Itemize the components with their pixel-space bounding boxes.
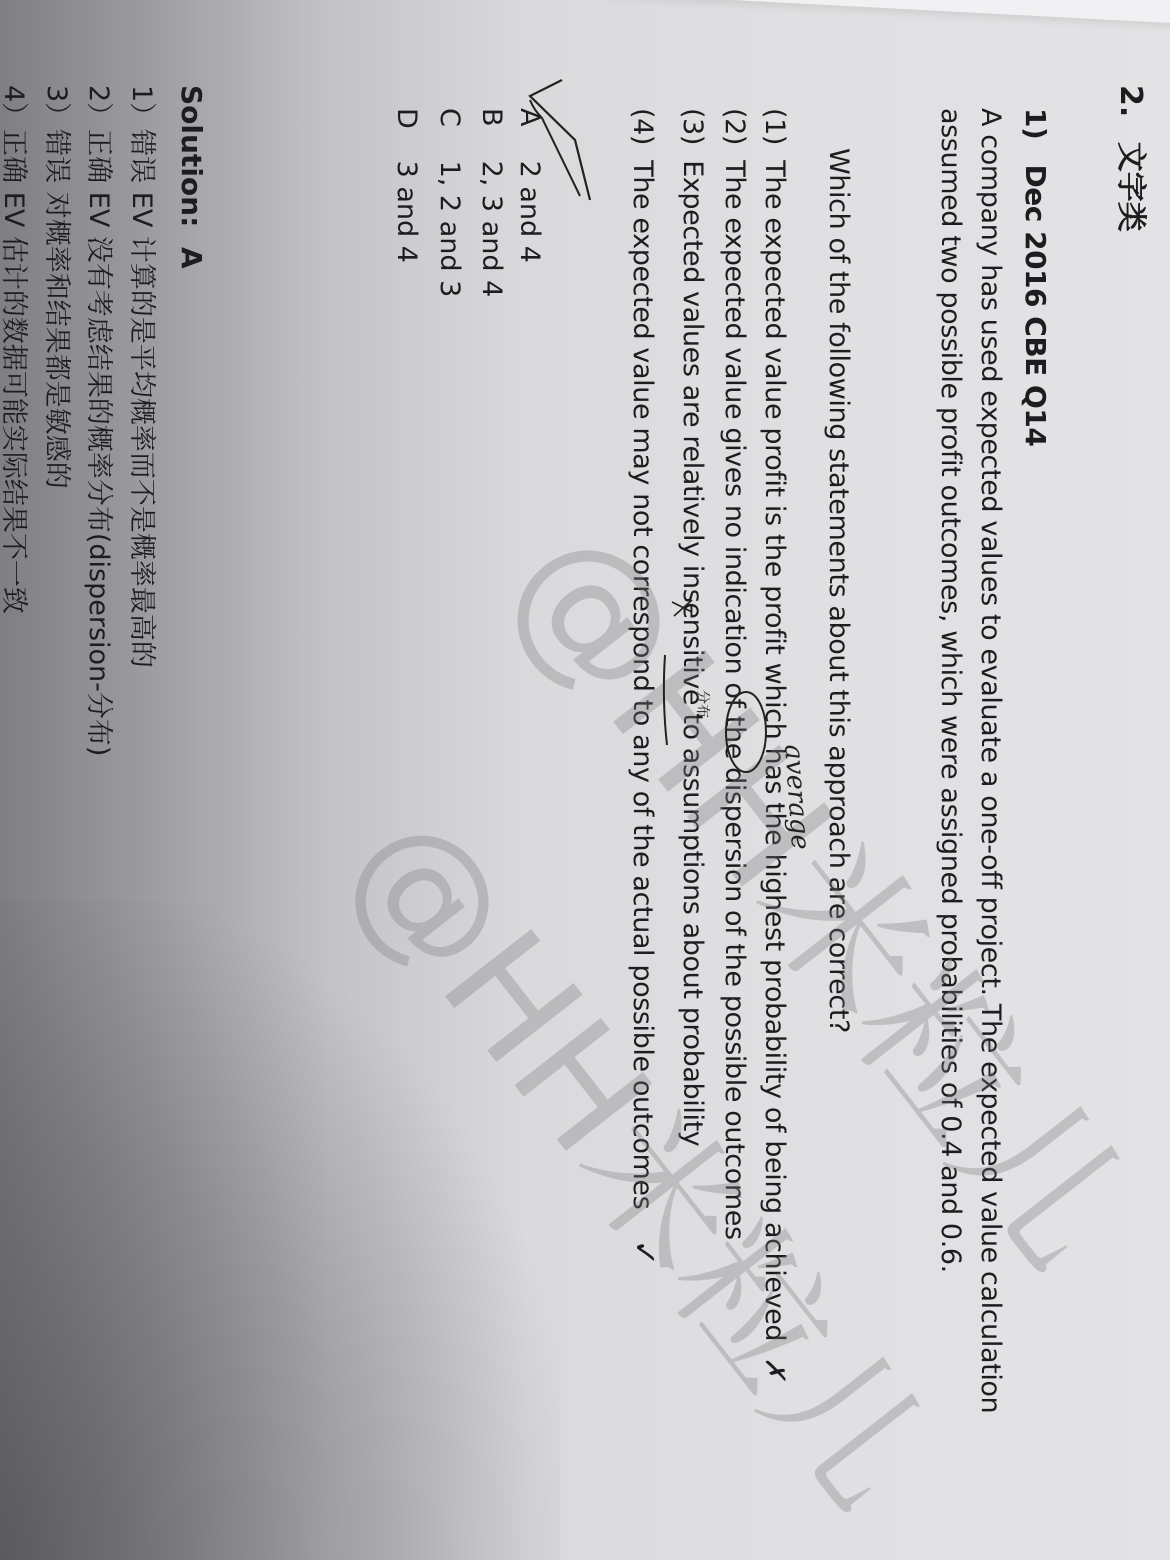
statement-2: (2) The expected value gives no indicati… [719, 108, 750, 1240]
solution-line-2: 2）正确 EV 没有考虑结果的概率分布(dispersion-分布) [82, 85, 121, 756]
question-prompt: Which of the following statements about … [823, 148, 854, 1033]
section-heading: 2. 文字类 [1112, 85, 1156, 232]
section-title: 文字类 [1113, 142, 1148, 232]
watermark-main: @HH米粒儿 [469, 470, 1170, 1306]
option-letter: B [476, 108, 507, 152]
option-text: 2, 3 and 4 [476, 161, 507, 298]
question-title: 1) Dec 2016 CBE Q14 [1019, 108, 1052, 446]
statement-number: (4) [627, 108, 658, 152]
section-number: 2. [1113, 85, 1148, 117]
solution-answer: A [175, 247, 208, 269]
underline-annotation [664, 655, 667, 745]
option-letter: A [514, 108, 545, 152]
statement-number: (1) [759, 108, 790, 152]
option-letter: D [391, 108, 422, 152]
statement-text: The expected value profit is the profit … [759, 160, 790, 1341]
statement-number: (2) [719, 108, 750, 152]
question-number: 1) [1019, 108, 1052, 139]
option-a[interactable]: A 2 and 4 [514, 108, 545, 263]
statement-text: Expected values are relatively insensiti… [677, 160, 708, 1146]
solution-line-4: 4）正确 EV 估计的数据可能实际结果不一致 [0, 85, 36, 614]
solution-title: Solution: A [175, 85, 208, 269]
statement-text: The expected value may not correspond to… [627, 160, 658, 1209]
option-text: 3 and 4 [391, 161, 422, 263]
question-body-line-1: A company has used expected values to ev… [975, 108, 1006, 1413]
option-d[interactable]: D 3 and 4 [391, 108, 422, 263]
solution-label: Solution: [175, 85, 208, 227]
photo-stage: 2. 文字类 1) Dec 2016 CBE Q14 A company has… [0, 0, 1170, 1560]
solution-line-3: 3）错误 对概率和结果都是敏感的 [40, 85, 79, 489]
option-text: 2 and 4 [514, 161, 545, 263]
statement-1: (1) The expected value profit is the pro… [759, 108, 790, 1380]
rotated-page: 2. 文字类 1) Dec 2016 CBE Q14 A company has… [0, 0, 1170, 1560]
check-mark: ✓ [626, 1239, 664, 1265]
watermark-top: @H [1153, 520, 1170, 856]
option-b[interactable]: B 2, 3 and 4 [476, 108, 507, 297]
solution-line-1: 1）错误 EV 计算的是平均概率而不是概率最高的 [125, 85, 164, 668]
option-letter: C [434, 108, 465, 152]
question-title-text: Dec 2016 CBE Q14 [1019, 165, 1052, 447]
statement-text: The expected value gives no indication o… [719, 160, 750, 1239]
question-body-line-2: assumed two possible profit outcomes, wh… [935, 108, 966, 1273]
statement-3: (3) Expected values are relatively insen… [677, 108, 708, 1146]
statement-number: (3) [677, 108, 708, 152]
cross-mark: ✗ [759, 1357, 790, 1379]
statement-4: (4) The expected value may not correspon… [626, 108, 664, 1266]
option-c[interactable]: C 1, 2 and 3 [434, 108, 465, 297]
option-text: 1, 2 and 3 [434, 161, 465, 298]
